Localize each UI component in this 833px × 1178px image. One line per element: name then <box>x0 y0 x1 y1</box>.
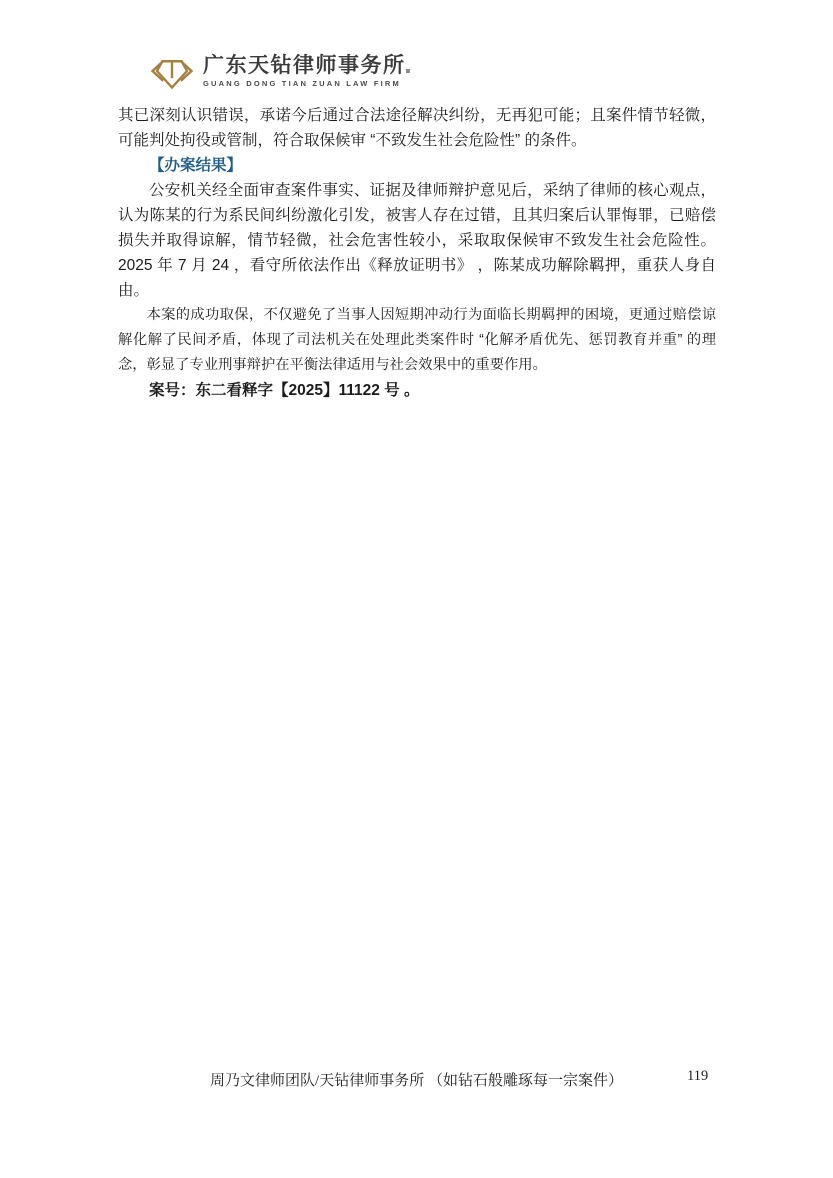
section-heading-case-result: 【办案结果】 <box>118 153 716 178</box>
paragraph-case-result: 公安机关经全面审查案件事实、证据及律师辩护意见后，采纳了律师的核心观点，认为陈某… <box>118 178 716 303</box>
document-body: 其已深刻认识错误，承诺今后通过合法途径解决纠纷，无再犯可能；且案件情节轻微，可能… <box>118 103 716 403</box>
law-firm-name: 广东天钻律师事务所 GUANG DONG TIAN ZUAN LAW FIRM <box>203 54 406 88</box>
law-firm-letterhead: 广东天钻律师事务所 GUANG DONG TIAN ZUAN LAW FIRM <box>148 50 406 92</box>
law-firm-name-en: GUANG DONG TIAN ZUAN LAW FIRM <box>203 79 406 88</box>
stray-mark <box>406 69 410 73</box>
law-firm-name-cn: 广东天钻律师事务所 <box>203 54 406 77</box>
diamond-t-logo-icon <box>148 50 196 92</box>
paragraph-continuation: 其已深刻认识错误，承诺今后通过合法途径解决纠纷，无再犯可能；且案件情节轻微，可能… <box>118 103 716 153</box>
case-number: 案号：东二看释字【2025】11122 号 。 <box>118 378 716 403</box>
page-number: 119 <box>687 1068 708 1085</box>
document-page: 广东天钻律师事务所 GUANG DONG TIAN ZUAN LAW FIRM … <box>0 0 833 1178</box>
paragraph-commentary: 本案的成功取保，不仅避免了当事人因短期冲动行为面临长期羁押的困境，更通过赔偿谅解… <box>118 303 716 378</box>
